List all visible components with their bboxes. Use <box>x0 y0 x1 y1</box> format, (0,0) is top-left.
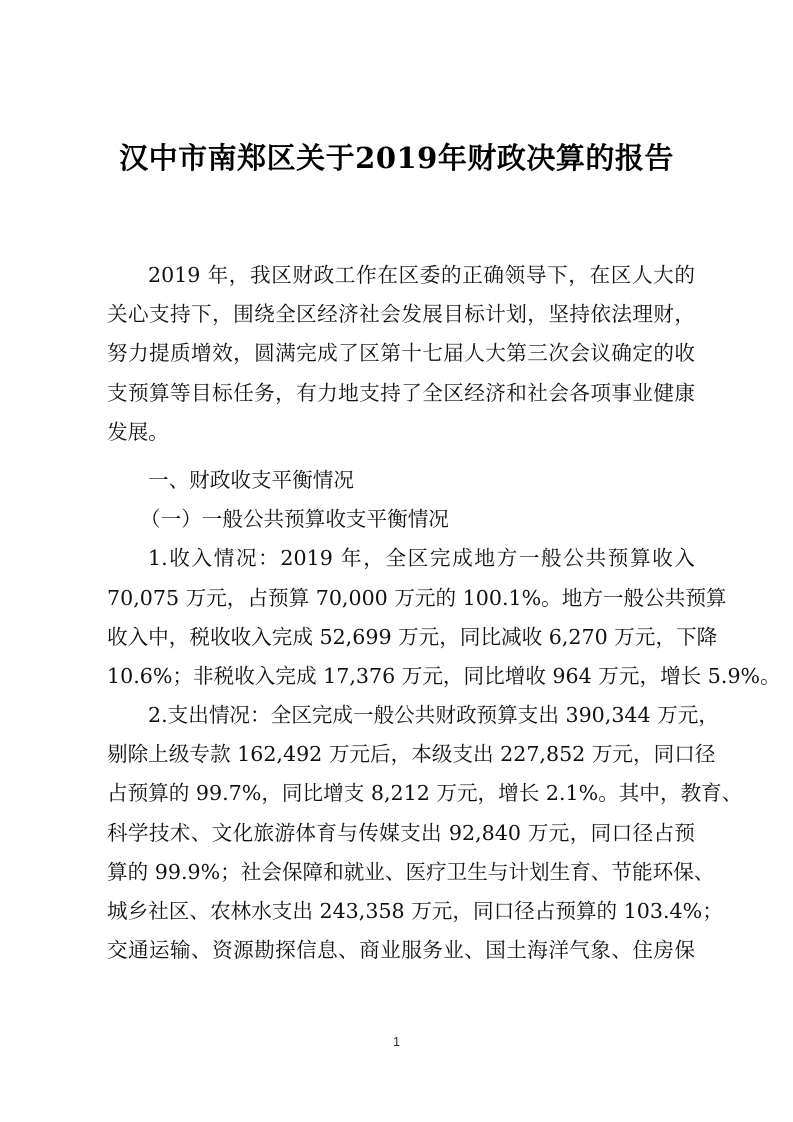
document-page: 汉中市南郑区关于2019年财政决算的报告 2019 年，我区财政工作在区委的正确… <box>0 0 793 1122</box>
income-line-3: 收入中，税收收入完成 52,699 万元，同比减收 6,270 万元，下降 <box>107 618 695 657</box>
paragraph-intro-line-1: 2019 年，我区财政工作在区委的正确领导下，在区人大的 <box>107 256 695 295</box>
paragraph-intro-line-2: 关心支持下，围绕全区经济社会发展目标计划，坚持依法理财， <box>107 295 695 334</box>
spacer <box>107 452 695 461</box>
expenditure-line-1: 2.支出情况：全区完成一般公共财政预算支出 390,344 万元， <box>107 696 695 735</box>
document-body: 2019 年，我区财政工作在区委的正确领导下，在区人大的 关心支持下，围绕全区经… <box>107 256 695 970</box>
section-heading-1: 一、财政收支平衡情况 <box>107 461 695 500</box>
paragraph-intro-line-4: 支预算等目标任务，有力地支持了全区经济和社会各项事业健康 <box>107 374 695 413</box>
expenditure-line-5: 算的 99.9%；社会保障和就业、医疗卫生与计划生育、节能环保、 <box>107 853 695 892</box>
paragraph-intro-line-3: 努力提质增效，圆满完成了区第十七届人大第三次会议确定的收 <box>107 334 695 373</box>
income-line-1: 1.收入情况：2019 年，全区完成地方一般公共预算收入 <box>107 539 695 578</box>
expenditure-line-7: 交通运输、资源勘探信息、商业服务业、国土海洋气象、住房保 <box>107 931 695 970</box>
expenditure-line-2: 剔除上级专款 162,492 万元后，本级支出 227,852 万元，同口径 <box>107 735 695 774</box>
subsection-heading-1: （一）一般公共预算收支平衡情况 <box>107 500 695 539</box>
paragraph-intro-line-5: 发展。 <box>107 413 695 452</box>
income-line-2: 70,075 万元，占预算 70,000 万元的 100.1%。地方一般公共预算 <box>107 579 695 618</box>
expenditure-line-3: 占预算的 99.7%，同比增支 8,212 万元，增长 2.1%。其中，教育、 <box>107 774 695 813</box>
document-title: 汉中市南郑区关于2019年财政决算的报告 <box>0 136 793 177</box>
income-line-4: 10.6%；非税收入完成 17,376 万元，同比增收 964 万元，增长 5.… <box>107 657 695 696</box>
page-number: 1 <box>0 1034 793 1049</box>
expenditure-line-4: 科学技术、文化旅游体育与传媒支出 92,840 万元，同口径占预 <box>107 814 695 853</box>
expenditure-line-6: 城乡社区、农林水支出 243,358 万元，同口径占预算的 103.4%； <box>107 892 695 931</box>
